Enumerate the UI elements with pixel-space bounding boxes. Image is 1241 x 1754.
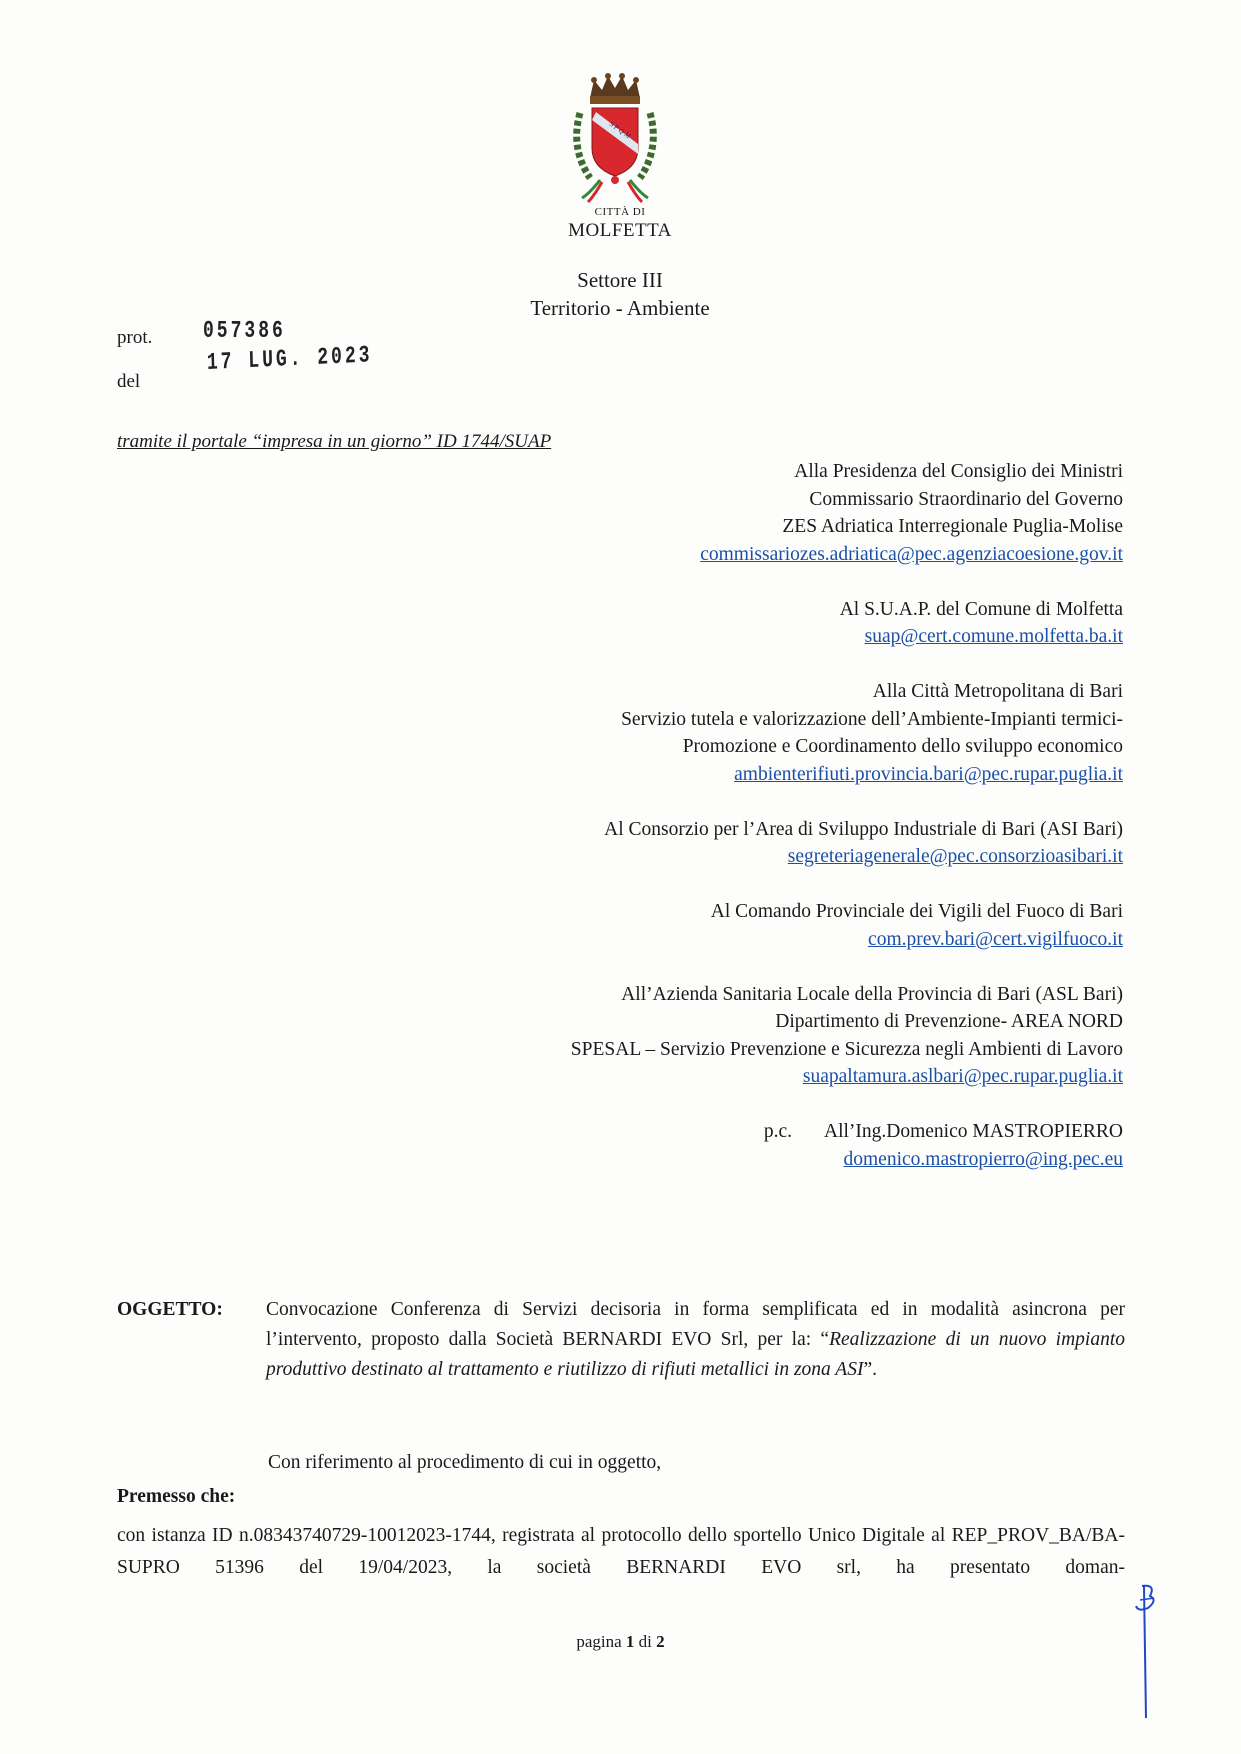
recipient-line: Dipartimento di Prevenzione- AREA NORD xyxy=(363,1008,1123,1036)
premesso-heading: Premesso che: xyxy=(117,1486,235,1508)
recipient: Alla Città Metropolitana di BariServizio… xyxy=(363,678,1123,788)
recipient-email-link[interactable]: commissariozes.adriatica@pec.agenziacoes… xyxy=(363,541,1123,569)
recipient-line: Commissario Straordinario del Governo xyxy=(363,486,1123,514)
recipient: Alla Presidenza del Consiglio dei Minist… xyxy=(363,458,1123,568)
del-label: del xyxy=(117,371,140,393)
city-name: MOLFETTA xyxy=(500,220,740,242)
page-sep: di xyxy=(639,1632,652,1651)
signature-initial-icon xyxy=(1128,1578,1168,1718)
recipient-email-link[interactable]: ambienterifiuti.provincia.bari@pec.rupar… xyxy=(363,761,1123,789)
transmission-line: tramite il portale “impresa in un giorno… xyxy=(117,431,551,453)
sector-heading: Settore III Territorio - Ambiente xyxy=(450,266,790,322)
protocol-date-stamp: 17 LUG. 2023 xyxy=(207,342,373,377)
recipient-line: All’Azienda Sanitaria Locale della Provi… xyxy=(363,981,1123,1009)
recipient-email-link[interactable]: segreteriagenerale@pec.consorzioasibari.… xyxy=(363,843,1123,871)
recipient-line: ZES Adriatica Interregionale Puglia-Moli… xyxy=(363,513,1123,541)
sector-name: Settore III xyxy=(450,266,790,294)
coat-of-arms-icon: S P Q M xyxy=(560,68,670,218)
page-number: pagina 1 di 2 xyxy=(0,1632,1241,1652)
recipient-email-link[interactable]: suapaltamura.aslbari@pec.rupar.puglia.it xyxy=(363,1063,1123,1091)
recipient-line: SPESAL – Servizio Prevenzione e Sicurezz… xyxy=(363,1036,1123,1064)
recipient-line: Al S.U.A.P. del Comune di Molfetta xyxy=(363,596,1123,624)
protocol-number-stamp: 057386 xyxy=(203,318,286,345)
subject-end: ”. xyxy=(863,1359,877,1380)
page-total: 2 xyxy=(656,1632,665,1651)
cc-email-link[interactable]: domenico.mastropierro@ing.pec.eu xyxy=(363,1146,1123,1174)
city-prefix: CITTÀ DI xyxy=(500,206,740,218)
subject-text: Convocazione Conferenza di Servizi decis… xyxy=(266,1295,1125,1385)
recipient: Al Comando Provinciale dei Vigili del Fu… xyxy=(363,898,1123,953)
recipients-block: Alla Presidenza del Consiglio dei Minist… xyxy=(363,458,1123,1201)
recipient-line: Alla Presidenza del Consiglio dei Minist… xyxy=(363,458,1123,486)
recipient-line: Alla Città Metropolitana di Bari xyxy=(363,678,1123,706)
recipient: Al S.U.A.P. del Comune di Molfettasuap@c… xyxy=(363,596,1123,651)
page-current: 1 xyxy=(626,1632,635,1651)
intro-text: Con riferimento al procedimento di cui i… xyxy=(268,1452,661,1474)
recipient: All’Azienda Sanitaria Locale della Provi… xyxy=(363,981,1123,1091)
department-name: Territorio - Ambiente xyxy=(450,294,790,322)
cc-recipient: p.c.All’Ing.Domenico MASTROPIERRO domeni… xyxy=(363,1118,1123,1173)
prot-label: prot. xyxy=(117,327,152,349)
subject-block: OGGETTO: Convocazione Conferenza di Serv… xyxy=(117,1295,1125,1385)
recipient-line: Servizio tutela e valorizzazione dell’Am… xyxy=(363,706,1123,734)
page-prefix: pagina xyxy=(576,1632,621,1651)
body-paragraph: con istanza ID n.08343740729-10012023-17… xyxy=(117,1520,1125,1584)
recipient: Al Consorzio per l’Area di Sviluppo Indu… xyxy=(363,816,1123,871)
recipient-line: Promozione e Coordinamento dello svilupp… xyxy=(363,733,1123,761)
cc-prefix: p.c. xyxy=(764,1118,792,1146)
recipient-line: Al Consorzio per l’Area di Sviluppo Indu… xyxy=(363,816,1123,844)
recipient-email-link[interactable]: suap@cert.comune.molfetta.ba.it xyxy=(363,623,1123,651)
cc-name: All’Ing.Domenico MASTROPIERRO xyxy=(824,1121,1123,1142)
recipient-line: Al Comando Provinciale dei Vigili del Fu… xyxy=(363,898,1123,926)
recipient-email-link[interactable]: com.prev.bari@cert.vigilfuoco.it xyxy=(363,926,1123,954)
subject-label: OGGETTO: xyxy=(117,1295,223,1325)
